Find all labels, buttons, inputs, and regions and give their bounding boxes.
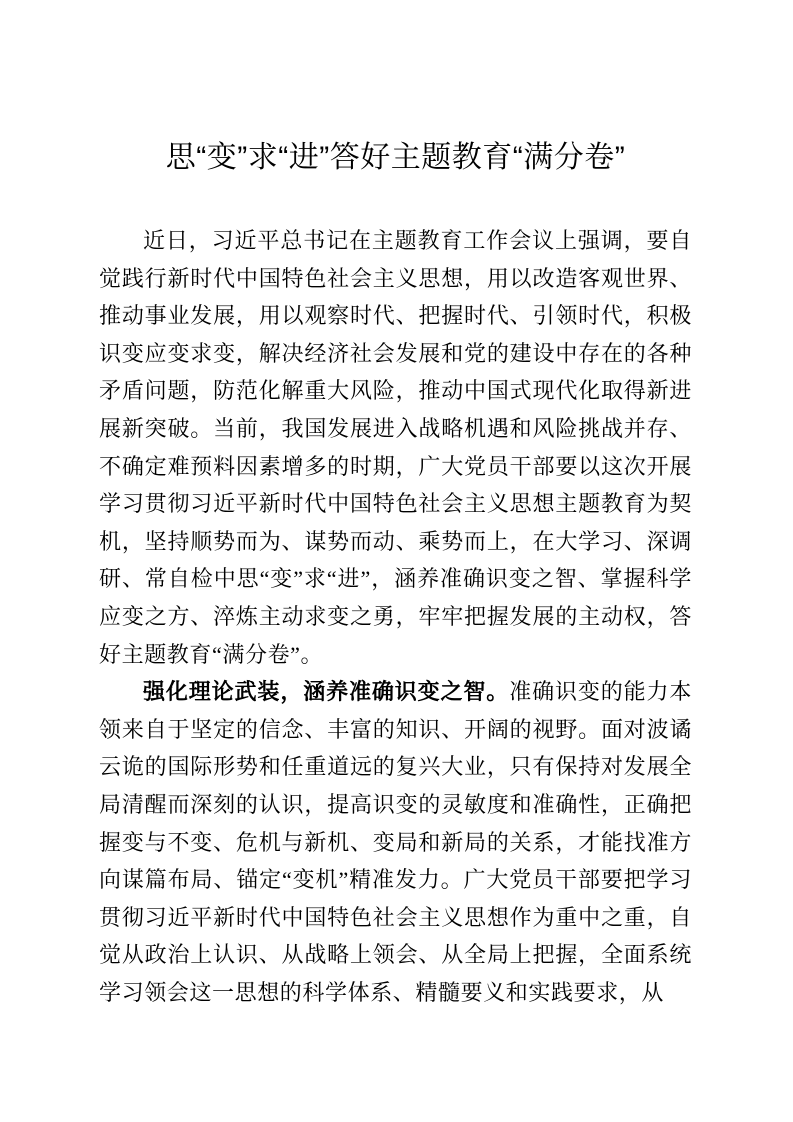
paragraph-1: 近日，习近平总书记在主题教育工作会议上强调，要自觉践行新时代中国特色社会主义思想…: [99, 222, 692, 673]
paragraph-2-bold-lead: 强化理论武装，涵养准确识变之智。: [143, 679, 509, 704]
paragraph-2-text: 准确识变的能力本领来自于坚定的信念、丰富的知识、开阔的视野。面对波谲云诡的国际形…: [99, 679, 692, 1005]
document-page: 思“变”求“进”答好主题教育“满分卷” 近日，习近平总书记在主题教育工作会议上强…: [0, 0, 793, 1122]
document-title: 思“变”求“进”答好主题教育“满分卷”: [99, 137, 692, 179]
paragraph-1-text: 近日，习近平总书记在主题教育工作会议上强调，要自觉践行新时代中国特色社会主义思想…: [99, 228, 692, 667]
paragraph-2: 强化理论武装，涵养准确识变之智。准确识变的能力本领来自于坚定的信念、丰富的知识、…: [99, 673, 692, 1011]
